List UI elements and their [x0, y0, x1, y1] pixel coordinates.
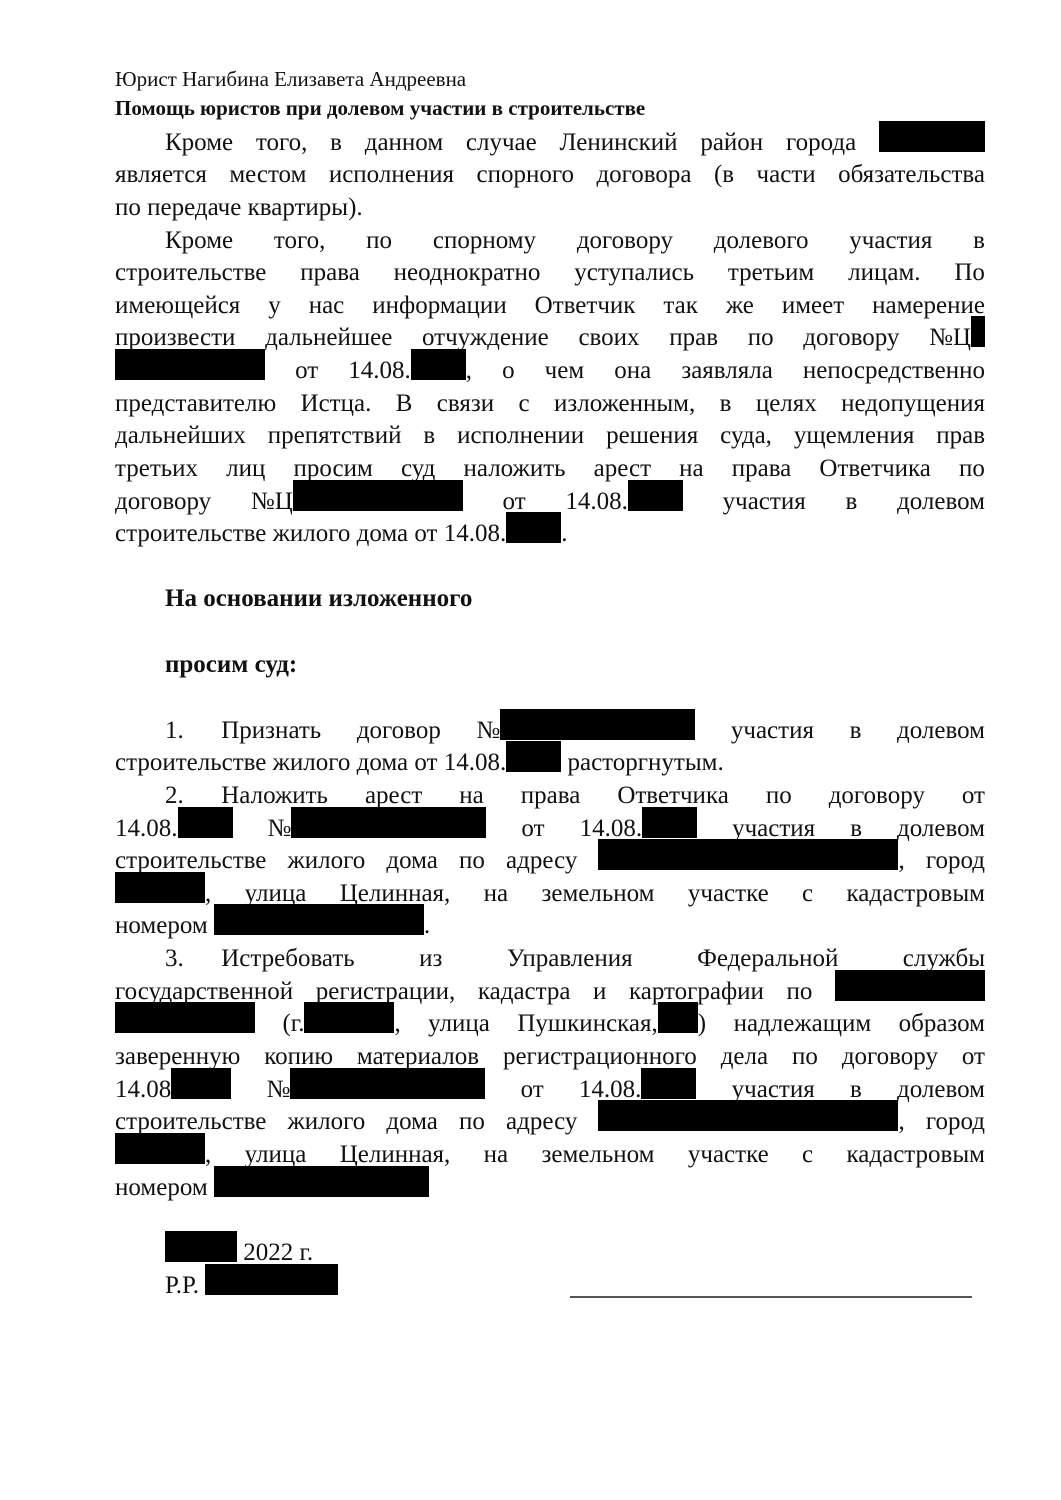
- word-text: по передаче квартиры).: [115, 194, 363, 221]
- word-text: информации: [372, 292, 506, 319]
- redaction-box: [214, 904, 424, 935]
- word: с: [802, 1140, 813, 1170]
- word: исполнении: [457, 421, 584, 451]
- word-text: по: [766, 782, 792, 809]
- text-line: третьихлицпросимсудналожитьарестнаправаО…: [115, 454, 985, 484]
- word: строительстве: [115, 258, 266, 288]
- text-line: Крометого,вданномслучаеЛенинскийрайонгор…: [165, 128, 985, 158]
- redaction-group: ,: [598, 839, 904, 876]
- word: город: [926, 846, 985, 876]
- word-text: договор: [357, 717, 441, 744]
- text-line: строительствежилогодомапоадресу,город: [115, 1107, 985, 1137]
- word-text: от: [503, 488, 526, 515]
- redaction-box: [178, 807, 233, 838]
- redaction-group: [115, 1002, 255, 1039]
- word-text: надлежащим: [734, 1010, 872, 1037]
- word-text: арест: [365, 782, 422, 809]
- word-text: №: [266, 1076, 290, 1103]
- word: она: [614, 356, 651, 386]
- word-text: арест: [594, 455, 651, 482]
- word-text: в: [845, 488, 857, 515]
- word: наложить: [464, 454, 566, 484]
- word: №: [266, 1068, 485, 1105]
- word: обязательства: [838, 160, 985, 190]
- word-text: регистрации,: [316, 978, 456, 1005]
- word-text: права: [521, 782, 581, 809]
- word-text: договору: [577, 227, 673, 254]
- word: того,: [256, 128, 307, 158]
- word: по: [786, 977, 812, 1007]
- word-text: Истца.: [301, 390, 372, 417]
- word-text: регистрационного: [503, 1043, 697, 1070]
- word: того,: [274, 226, 325, 256]
- word: от: [962, 781, 985, 811]
- word: о: [502, 356, 515, 386]
- word: от: [521, 814, 544, 844]
- word-text: №Ц: [929, 324, 971, 351]
- word-text: в: [330, 129, 342, 156]
- word-text: представителю: [115, 390, 276, 417]
- word-text: так: [663, 292, 697, 319]
- redaction-box: [293, 480, 463, 511]
- word-text: неоднократно: [394, 259, 541, 286]
- word-text: Ответчика: [617, 782, 728, 809]
- word: 14.08.: [115, 807, 233, 844]
- redaction-group: 2022 г.: [165, 1231, 313, 1268]
- redaction-box: [291, 807, 486, 838]
- word-text: 14.08.: [579, 1076, 642, 1103]
- redaction-box: [598, 839, 898, 870]
- word: участке: [688, 879, 769, 909]
- word-text: договора: [596, 161, 691, 188]
- word-text: долевого: [714, 227, 809, 254]
- word-text: строительстве жилого дома от 14.08.: [115, 749, 506, 776]
- word-text: дома: [386, 847, 438, 874]
- word: (в: [714, 160, 734, 190]
- redaction-box: [290, 1068, 485, 1099]
- word: права: [732, 454, 792, 484]
- word-text: город: [926, 1108, 985, 1135]
- word-text: по: [459, 1108, 485, 1135]
- word-text: По: [954, 259, 985, 286]
- redaction-box: [641, 1068, 696, 1099]
- word-text: кадастра: [478, 978, 571, 1005]
- word-text: она: [614, 357, 651, 384]
- redaction-box: [598, 1100, 898, 1131]
- word-text: участия: [723, 488, 806, 515]
- word-text: спорному: [433, 227, 536, 254]
- word-text: по: [366, 227, 392, 254]
- word: город: [926, 1107, 985, 1137]
- word-text: 14.08.: [115, 815, 178, 842]
- word-text: имеющейся: [115, 292, 240, 319]
- text-line: дальнейшихпрепятствийвисполнениирешенияс…: [115, 421, 985, 451]
- word: Ответчика: [819, 454, 930, 484]
- word: по: [766, 781, 792, 811]
- word-text: прав: [669, 324, 718, 351]
- word-text: №Ц: [251, 488, 293, 515]
- word: участке: [688, 1140, 769, 1170]
- word-text: 3. Истребовать: [165, 945, 355, 972]
- word: №Ц: [929, 316, 985, 353]
- word-text: по: [459, 847, 485, 874]
- word-text: 14.08: [115, 1076, 171, 1103]
- word-text: участке: [688, 1141, 769, 1168]
- word-text: Р.Р.: [165, 1272, 205, 1299]
- redaction-group: [879, 121, 985, 158]
- word: по: [959, 454, 985, 484]
- word-text: намерение: [872, 292, 985, 319]
- word-text: город: [926, 847, 985, 874]
- word: 14.08.,: [348, 349, 472, 386]
- redaction-box: [171, 1068, 231, 1099]
- redaction-box: [115, 1133, 205, 1164]
- word-text: дальнейших: [115, 422, 246, 449]
- word: по: [748, 323, 774, 353]
- text-line: номером .: [115, 911, 985, 941]
- word-text: лиц: [226, 455, 265, 482]
- word-text: кадастровым: [847, 1141, 985, 1168]
- word: дела: [721, 1042, 768, 1072]
- word-text: решения: [606, 422, 698, 449]
- word-text: заявляла: [681, 357, 773, 384]
- word: прав: [936, 421, 985, 451]
- redaction-box: [879, 121, 985, 152]
- redaction-box: [304, 1002, 394, 1033]
- word: права: [300, 258, 360, 288]
- word-text: В: [396, 390, 413, 417]
- word-text: участке: [688, 880, 769, 907]
- word: номером .: [115, 904, 430, 941]
- punctuation: ,: [205, 880, 211, 907]
- word: на: [484, 879, 508, 909]
- word-text: жилого: [288, 847, 366, 874]
- word-text: №: [268, 815, 292, 842]
- word-text: от: [962, 1043, 985, 1070]
- word: на: [484, 1140, 508, 1170]
- word-text: уступались: [574, 259, 694, 286]
- word: в: [423, 421, 435, 451]
- word: (г.,: [282, 1002, 400, 1039]
- word-text: недопущения: [841, 390, 985, 417]
- word-text: Ответчика: [819, 455, 930, 482]
- word: является: [115, 160, 207, 190]
- redaction-group: ,: [115, 1133, 211, 1170]
- word: Истца.: [301, 389, 372, 419]
- word: от: [521, 1075, 544, 1105]
- word: долевом: [897, 1075, 985, 1105]
- word-text: дела: [721, 1043, 768, 1070]
- word-text: Целинная,: [340, 1141, 451, 1168]
- word: По: [954, 258, 985, 288]
- word: по: [366, 226, 392, 256]
- word-text: произвести: [115, 324, 235, 351]
- redaction-box: [205, 1264, 338, 1295]
- word-text: 14.08.: [348, 357, 411, 384]
- word: надлежащим: [734, 1009, 872, 1039]
- word-text: №: [476, 717, 500, 744]
- word: третьим: [728, 258, 814, 288]
- word: район: [700, 128, 763, 158]
- redaction-box: [642, 807, 697, 838]
- word-text: обязательства: [838, 161, 985, 188]
- word-text: договору: [829, 782, 925, 809]
- word: долевом: [897, 487, 985, 517]
- word: так: [663, 291, 697, 321]
- word-text: кадастровым: [847, 880, 985, 907]
- word: В: [396, 389, 413, 419]
- word-text: образом: [899, 1010, 985, 1037]
- document-subtitle: Помощь юристов при долевом участии в стр…: [115, 95, 985, 121]
- redaction-box: [500, 709, 695, 740]
- word: договору: [577, 226, 673, 256]
- word-text: с: [518, 390, 529, 417]
- word-text: части: [757, 161, 816, 188]
- word-text: договору: [115, 488, 211, 515]
- word: На основании изложенного: [165, 584, 472, 614]
- word-text: целях: [756, 390, 817, 417]
- word: по: [459, 1107, 485, 1137]
- word: дома: [386, 846, 438, 876]
- word-text: права: [732, 455, 792, 482]
- word: исполнения: [329, 160, 454, 190]
- word: участия: [731, 716, 814, 746]
- word-text: договору: [803, 324, 899, 351]
- word-text: дома: [386, 1108, 438, 1135]
- word: Р.Р.: [165, 1264, 338, 1301]
- word-text: долевом: [897, 488, 985, 515]
- word-text: в: [720, 390, 732, 417]
- word: в: [330, 128, 342, 158]
- word-text: исполнении: [457, 422, 584, 449]
- word: адресу: [506, 846, 577, 876]
- word: неоднократно: [394, 258, 541, 288]
- word-text: Управления: [507, 945, 633, 972]
- word-text: 2. Наложить: [165, 782, 328, 809]
- punctuation: .: [424, 912, 430, 939]
- text-line: строительстве жилого дома от 14.08. раст…: [115, 748, 985, 778]
- word: договору: [842, 1042, 938, 1072]
- word: земельном: [542, 879, 655, 909]
- author-line: Юрист Нагибина Елизавета Андреевна: [115, 66, 985, 92]
- word: представителю: [115, 389, 276, 419]
- word-text: местом: [229, 161, 306, 188]
- word-text: права: [300, 259, 360, 286]
- word-text: (г.: [282, 1010, 304, 1037]
- word-text: наложить: [464, 455, 566, 482]
- word: кадастровым: [847, 879, 985, 909]
- text-line: просим суд:: [165, 650, 985, 680]
- word-text: с: [802, 1141, 813, 1168]
- word-text: долевом: [897, 815, 985, 842]
- word-text: Пушкинская,: [517, 1010, 657, 1037]
- redaction-box: [165, 1231, 237, 1262]
- word-text: заверенную: [115, 1043, 240, 1070]
- word-text: из: [419, 945, 442, 972]
- redaction-group: ,: [598, 1100, 904, 1137]
- word-text: Целинная,: [340, 880, 451, 907]
- text-line: (г.,улицаПушкинская,)надлежащимобразом: [115, 1009, 985, 1039]
- text-line: номером: [115, 1173, 985, 1203]
- word-text: того,: [274, 227, 325, 254]
- punctuation: ,: [898, 1108, 904, 1135]
- word: непосредственно: [803, 356, 985, 386]
- word-text: строительстве: [115, 847, 266, 874]
- word-text: номером: [115, 1174, 214, 1201]
- word: из: [419, 944, 442, 974]
- text-line: представителюИстца.Всвязисизложенным,вце…: [115, 389, 985, 419]
- word-text: участия: [849, 227, 932, 254]
- punctuation: 2022 г.: [237, 1239, 313, 1266]
- word-text: лицам.: [848, 259, 920, 286]
- word: от: [962, 1042, 985, 1072]
- word: дальнейших: [115, 421, 246, 451]
- word: города: [786, 128, 856, 158]
- word-text: прав: [936, 422, 985, 449]
- redaction-box: [506, 741, 561, 772]
- word: дома: [386, 1107, 438, 1137]
- redaction-box: [835, 970, 985, 1001]
- word-text: суда,: [720, 422, 772, 449]
- punctuation: ): [698, 1010, 706, 1037]
- subtitle-text: Помощь юристов при долевом участии в стр…: [115, 95, 645, 121]
- word: лицам.: [848, 258, 920, 288]
- word-text: Федеральной: [697, 945, 838, 972]
- word-text: строительстве: [115, 1108, 266, 1135]
- word-text: от: [521, 815, 544, 842]
- redaction-box: [411, 349, 466, 380]
- word: нас: [309, 291, 345, 321]
- word-text: от: [295, 357, 318, 384]
- word-text: (в: [714, 161, 734, 188]
- word: у: [268, 291, 281, 321]
- word-text: на: [459, 782, 483, 809]
- word-text: в: [973, 227, 985, 254]
- word: улица: [428, 1009, 490, 1039]
- word-text: же: [726, 292, 754, 319]
- word: спорного: [477, 160, 575, 190]
- redaction-box: [971, 316, 985, 347]
- word: имеет: [782, 291, 844, 321]
- word-text: изложенным,: [554, 390, 695, 417]
- redaction-box: [115, 349, 265, 380]
- word-text: адресу: [506, 1108, 577, 1135]
- word-text: с: [802, 880, 813, 907]
- word: участия: [849, 226, 932, 256]
- word-text: в: [423, 422, 435, 449]
- word: случае: [466, 128, 537, 158]
- word-text: 14.08.: [565, 488, 628, 515]
- word-text: связи: [437, 390, 494, 417]
- word: чем: [545, 356, 585, 386]
- redaction-box: [628, 480, 683, 511]
- word-text: исполнения: [329, 161, 454, 188]
- word-text: спорного: [477, 161, 575, 188]
- word-text: 14.08.: [580, 815, 643, 842]
- word-text: улица: [428, 1010, 490, 1037]
- punctuation: ,: [205, 1141, 211, 1168]
- word: права: [521, 781, 581, 811]
- text-line: завереннуюкопиюматериаловрегистрационног…: [115, 1042, 985, 1072]
- word: целях: [756, 389, 817, 419]
- redaction-box: [658, 1002, 698, 1033]
- word: участия: [723, 487, 806, 517]
- word-text: данном: [365, 129, 443, 156]
- word-text: государственной: [115, 978, 293, 1005]
- word: решения: [606, 421, 698, 451]
- word-text: нас: [309, 292, 345, 319]
- word: 14.08.: [565, 480, 683, 517]
- word-text: третьих: [115, 455, 198, 482]
- word-text: города: [786, 129, 856, 156]
- word-text: непосредственно: [803, 357, 985, 384]
- word: же: [726, 291, 754, 321]
- word-text: от: [962, 782, 985, 809]
- word-text: по: [959, 455, 985, 482]
- word: в: [720, 389, 732, 419]
- word: прав: [669, 323, 718, 353]
- word: ущемления: [794, 421, 915, 451]
- word: Кроме: [165, 128, 233, 158]
- word: связи: [437, 389, 494, 419]
- word: долевом: [897, 814, 985, 844]
- word-text: 1. Признать: [165, 717, 321, 744]
- word-text: просим: [294, 455, 373, 482]
- word: уступались: [574, 258, 694, 288]
- word: образом: [899, 1009, 985, 1039]
- word: строительстве жилого дома от 14.08. раст…: [115, 741, 724, 778]
- word: имеющейся: [115, 291, 240, 321]
- word: №: [268, 807, 487, 844]
- word: Пушкинская,): [517, 1002, 706, 1039]
- word: недопущения: [841, 389, 985, 419]
- word: с: [802, 879, 813, 909]
- word: 14.08: [115, 1068, 231, 1105]
- word: с: [518, 389, 529, 419]
- word: договору: [803, 323, 899, 353]
- word: договору: [829, 781, 925, 811]
- word: жилого: [288, 1107, 366, 1137]
- word-text: чем: [545, 357, 585, 384]
- word-text: улица: [245, 880, 307, 907]
- word-text: своих: [578, 324, 639, 351]
- word-text: картографии: [629, 978, 764, 1005]
- redaction-box: [115, 1002, 255, 1033]
- author-name: Юрист Нагибина Елизавета Андреевна: [115, 66, 466, 92]
- word: Федеральной: [697, 944, 838, 974]
- word-text: в: [850, 717, 862, 744]
- word-text: долевом: [897, 1076, 985, 1103]
- text-line: по передаче квартиры).: [115, 193, 985, 223]
- punctuation: расторгнутым.: [561, 749, 723, 776]
- word-text: район: [700, 129, 763, 156]
- word: номером: [115, 1166, 429, 1203]
- text-line: На основании изложенного: [165, 584, 985, 614]
- text-line: строительствежилогодомапоадресу,город: [115, 846, 985, 876]
- word-text: на: [484, 1141, 508, 1168]
- word: Управления: [507, 944, 633, 974]
- word-text: долевом: [897, 717, 985, 744]
- text-line: от14.08.,очемоназаявляланепосредственно: [115, 356, 985, 386]
- redaction-group: [115, 349, 265, 386]
- word: земельном: [542, 1140, 655, 1170]
- word: заявляла: [681, 356, 773, 386]
- word-text: в: [850, 1076, 862, 1103]
- word-text: земельном: [542, 1141, 655, 1168]
- word-text: просим суд:: [165, 651, 297, 678]
- word-text: по: [786, 978, 812, 1005]
- signature-line: [570, 1296, 972, 1298]
